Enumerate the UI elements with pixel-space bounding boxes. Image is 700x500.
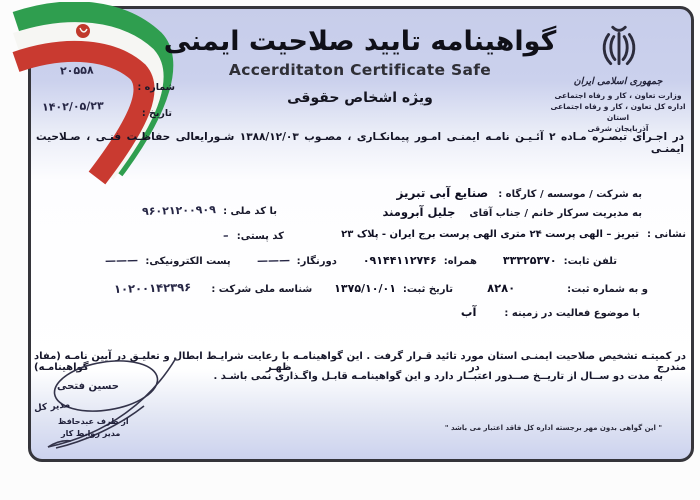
company-value: صنایع آبی تبریز: [397, 186, 489, 200]
company-national-id-label: شناسه ملی شرکت :: [211, 284, 312, 295]
certificate-page: جمهوری اسلامی ایران وزارت تعاون ، کار و …: [0, 0, 700, 500]
manager-value: جلیل آبرومند: [382, 205, 455, 219]
issue-date-value: ۱۴۰۲/۰۵/۲۳: [42, 99, 104, 114]
registration-row: و به شماره ثبت: ۸۲۸۰ تاریخ ثبت: ۱۳۷۵/۱۰/…: [114, 281, 648, 295]
mobile-value: ۰۹۱۴۴۱۱۲۷۴۶: [363, 254, 437, 267]
address-label: نشانی :: [647, 229, 686, 240]
approval-paragraph-line2: به مدت دو ســال از تاریــخ صــدور اعتبــ…: [214, 371, 663, 382]
address-row: نشانی : تبریز – الهی پرست ۲۴ متری الهی پ…: [341, 229, 686, 240]
serial-number-label: شماره :: [138, 82, 175, 93]
letterhead-org-block: جمهوری اسلامی ایران وزارت تعاون ، کار و …: [540, 76, 696, 134]
national-code-label: با کد ملی :: [223, 206, 277, 217]
iran-coat-of-arms-icon: [598, 20, 640, 74]
certificate-title: گواهینامه تایید صلاحیت ایمنی: [160, 26, 560, 57]
company-label: به شرکت / موسسه / کارگاه :: [498, 189, 642, 200]
postal-code-value: –: [223, 229, 230, 242]
manager-label: به مدیریت سرکار خانم / جناب آقای: [469, 208, 642, 219]
signature-on-behalf: از طرف عبدحافظ: [58, 417, 129, 426]
postal-code-label: کد پستی:: [237, 231, 284, 242]
address-value: تبریز – الهی پرست ۲۴ متری الهی پرست برج …: [341, 229, 639, 240]
certificate-subtitle-persian: ویژه اشخاص حقوقی: [160, 90, 560, 106]
postal-code-pair: کد پستی: –: [223, 229, 284, 242]
email-label: پست الکترونیکی:: [145, 256, 230, 267]
national-code-pair: با کد ملی : ۹۶۰۲۱۲۰۰۹۰۹: [142, 204, 277, 217]
registration-number-value: ۸۲۸۰: [487, 281, 515, 295]
signature-on-behalf-role: مدیر روابط کار: [61, 429, 120, 438]
registration-date-label: تاریخ ثبت:: [403, 284, 453, 295]
serial-number-value: ۲۰۵۵۸: [60, 64, 94, 78]
signatory-name: حسین فتحی: [52, 381, 124, 392]
flag-emblem-icon: [76, 24, 90, 38]
fax-label: دورنگار:: [297, 256, 337, 267]
registration-number-label: و به شماره ثبت:: [567, 284, 648, 295]
contact-row: تلفن ثابت: ۳۳۳۲۵۳۷۰ همراه: ۰۹۱۴۴۱۱۲۷۴۶ د…: [105, 254, 617, 267]
org-country-name: جمهوری اسلامی ایران: [540, 76, 696, 87]
activity-label: با موضوع فعالیت در زمینه :: [504, 308, 640, 319]
national-code-value: ۹۶۰۲۱۲۰۰۹۰۹: [142, 203, 216, 218]
mobile-label: همراه:: [444, 256, 477, 267]
activity-row: با موضوع فعالیت در زمینه : آب: [461, 305, 640, 319]
embossed-seal-footnote: " این گواهی بدون مهر برجسته اداره کل فاق…: [445, 424, 662, 432]
activity-value: آب: [461, 305, 477, 319]
issue-date-label: تاریخ :: [142, 108, 172, 119]
org-ministry-name: وزارت تعاون ، کار و رفاه اجتماعی: [540, 90, 696, 101]
fax-value: ———: [256, 254, 289, 268]
phone-value: ۳۳۳۲۵۳۷۰: [503, 254, 557, 267]
company-national-id-value: ۱۰۲۰۰۱۴۲۳۹۶: [114, 280, 192, 296]
email-value: ———: [105, 254, 138, 268]
phone-label: تلفن ثابت:: [564, 256, 617, 267]
certificate-subtitle-english: Accerditaton Certificate Safe: [160, 61, 560, 79]
org-directorate-name: اداره کل تعاون ، کار و رفاه اجتماعی استا…: [540, 101, 696, 123]
company-row: به شرکت / موسسه / کارگاه : صنایع آبی تبر…: [397, 186, 642, 200]
intro-clause: در اجـرای تبصـره مـاده ۲ آئـیـن نامـه ای…: [36, 131, 684, 155]
registration-date-value: ۱۳۷۵/۱۰/۰۱: [334, 282, 396, 295]
manager-row: به مدیریت سرکار خانم / جناب آقای جلیل آب…: [382, 205, 642, 219]
